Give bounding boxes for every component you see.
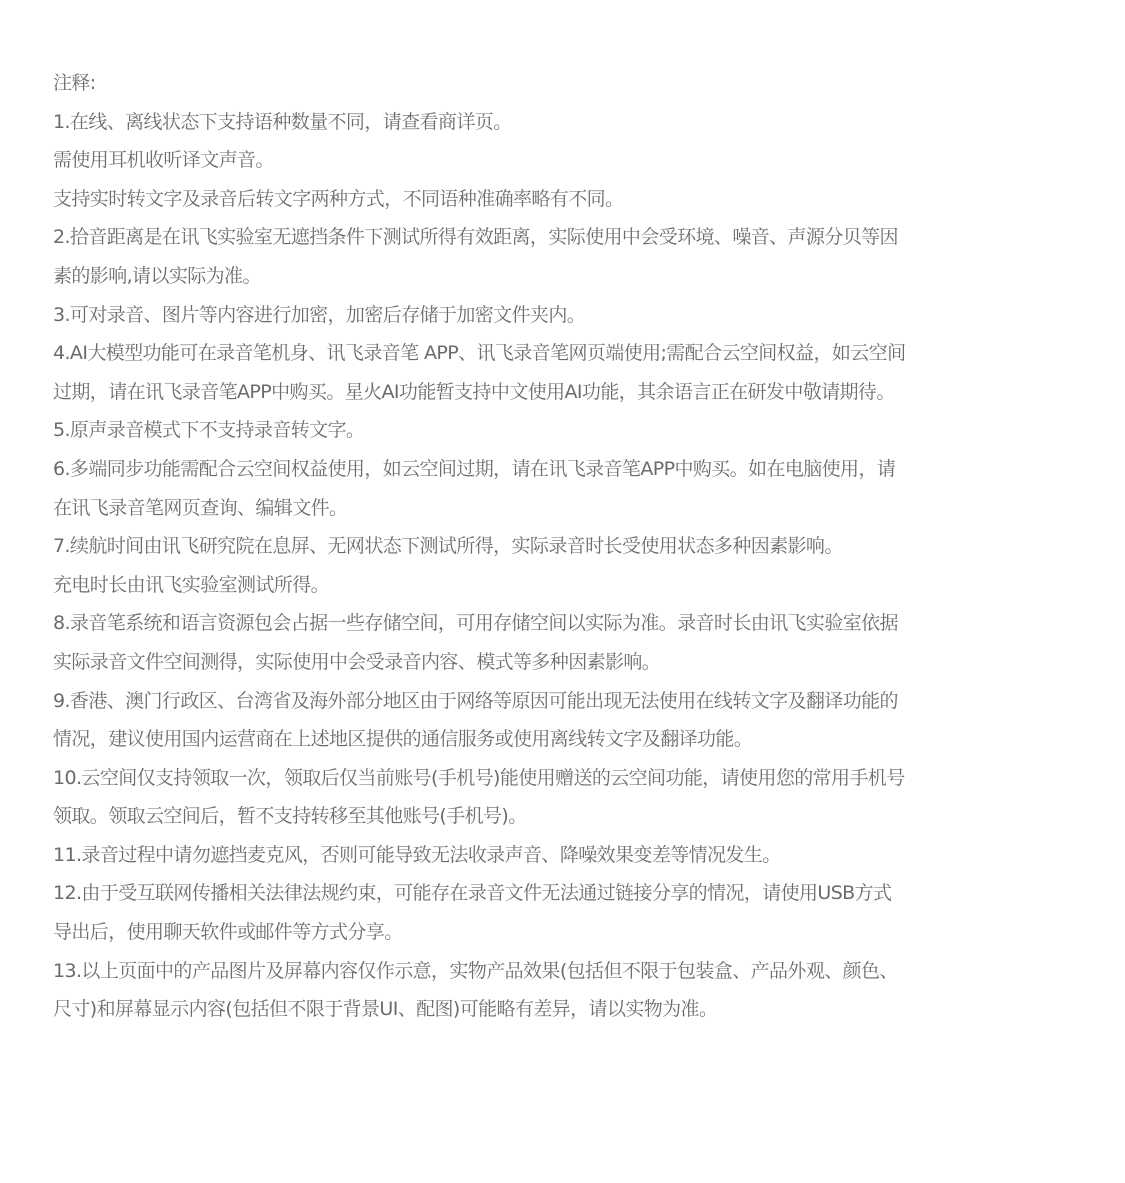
note-line: 7.续航时间由讯飞研究院在息屏、无网状态下测试所得，实际录音时长受使用状态多种因… — [53, 527, 1093, 566]
notes-title: 注释: — [53, 64, 1093, 103]
note-line: 2.拾音距离是在讯飞实验室无遮挡条件下测试所得有效距离，实际使用中会受环境、噪音… — [53, 218, 1093, 257]
note-line: 1.在线、离线状态下支持语种数量不同，请查看商详页。 — [53, 103, 1093, 142]
note-line: 充电时长由讯飞实验室测试所得。 — [53, 566, 1093, 605]
note-line: 5.原声录音模式下不支持录音转文字。 — [53, 411, 1093, 450]
note-line: 12.由于受互联网传播相关法律法规约束，可能存在录音文件无法通过链接分享的情况，… — [53, 874, 1093, 913]
note-line: 情况，建议使用国内运营商在上述地区提供的通信服务或使用离线转文字及翻译功能。 — [53, 720, 1093, 759]
note-line: 10.云空间仅支持领取一次，领取后仅当前账号(手机号)能使用赠送的云空间功能，请… — [53, 759, 1093, 798]
note-line: 8.录音笔系统和语言资源包会占据一些存储空间，可用存储空间以实际为准。录音时长由… — [53, 604, 1093, 643]
note-line: 实际录音文件空间测得，实际使用中会受录音内容、模式等多种因素影响。 — [53, 643, 1093, 682]
note-line: 6.多端同步功能需配合云空间权益使用，如云空间过期，请在讯飞录音笔APP中购买。… — [53, 450, 1093, 489]
notes-section: 注释: 1.在线、离线状态下支持语种数量不同，请查看商详页。 需使用耳机收听译文… — [53, 64, 1093, 1029]
note-line: 素的影响,请以实际为准。 — [53, 257, 1093, 296]
note-line: 3.可对录音、图片等内容进行加密，加密后存储于加密文件夹内。 — [53, 296, 1093, 335]
note-line: 领取。领取云空间后，暂不支持转移至其他账号(手机号)。 — [53, 797, 1093, 836]
note-line: 导出后，使用聊天软件或邮件等方式分享。 — [53, 913, 1093, 952]
note-line: 过期，请在讯飞录音笔APP中购买。星火AI功能暂支持中文使用AI功能，其余语言正… — [53, 373, 1093, 412]
note-line: 在讯飞录音笔网页查询、编辑文件。 — [53, 489, 1093, 528]
note-line: 支持实时转文字及录音后转文字两种方式，不同语种准确率略有不同。 — [53, 180, 1093, 219]
note-line: 需使用耳机收听译文声音。 — [53, 141, 1093, 180]
note-line: 4.AI大模型功能可在录音笔机身、讯飞录音笔 APP、讯飞录音笔网页端使用;需配… — [53, 334, 1093, 373]
note-line: 11.录音过程中请勿遮挡麦克风，否则可能导致无法收录声音、降噪效果变差等情况发生… — [53, 836, 1093, 875]
note-line: 尺寸)和屏幕显示内容(包括但不限于背景UI、配图)可能略有差异，请以实物为准。 — [53, 990, 1093, 1029]
note-line: 13.以上页面中的产品图片及屏幕内容仅作示意，实物产品效果(包括但不限于包装盒、… — [53, 952, 1093, 991]
note-line: 9.香港、澳门行政区、台湾省及海外部分地区由于网络等原因可能出现无法使用在线转文… — [53, 682, 1093, 721]
